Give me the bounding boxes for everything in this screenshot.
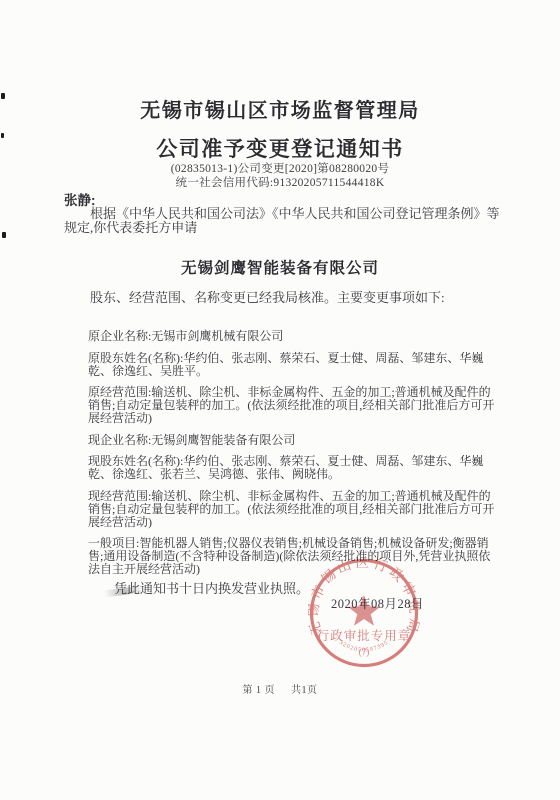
seal-graphic: 无锡市锡山区行政审批局 行政审批专用章 (7) 3202050597395	[308, 557, 420, 669]
issuing-authority: 无锡市锡山区市场监督管理局	[0, 100, 560, 122]
item-current-company-name: 现企业名称:无锡剑鹰智能装备有限公司	[88, 434, 502, 447]
item-original-company-name: 原企业名称:无锡市剑鹰机械有限公司	[88, 330, 502, 343]
page-number: 第 1 页	[243, 685, 276, 696]
change-items-list: 原企业名称:无锡市剑鹰机械有限公司 原股东姓名(名称):华约伯、张志刚、蔡荣石、…	[88, 330, 502, 585]
item-original-business-scope: 原经营范围:输送机、除尘机、非标金属构件、五金的加工;普通机械及配件的销售;自动…	[88, 386, 502, 425]
approval-note: 股东、经营范围、名称变更已经我局核准。主要变更事项如下:	[64, 291, 504, 305]
item-current-business-scope: 现经营范围:输送机、除尘机、非标金属构件、五金的加工;普通机械及配件的销售;自动…	[88, 490, 502, 529]
item-original-shareholders: 原股东姓名(名称):华约伯、张志刚、蔡荣石、夏士健、周磊、邹建东、华巍乾、徐逸红…	[88, 352, 502, 378]
official-seal: 无锡市锡山区行政审批局 行政审批专用章 (7) 3202050597395	[308, 557, 420, 669]
scan-artifact-speck	[2, 232, 6, 238]
item-general-projects: 一般项目:智能机器人销售;仪器仪表销售;机械设备销售;机械设备研发;衡器销售;通…	[88, 537, 502, 576]
document-header: 无锡市锡山区市场监督管理局 公司准予变更登记通知书 (02835013-1)公司…	[0, 100, 560, 190]
document-title: 公司准予变更登记通知书	[0, 138, 560, 162]
intro-paragraph: 根据《中华人民共和国公司法》《中华人民共和国公司登记管理条例》等规定,你代表委托…	[64, 207, 500, 235]
item-current-shareholders: 现股东姓名(名称):华约伯、张志刚、蔡荣石、夏士健、周磊、邹建东、华巍乾、徐逸红…	[88, 455, 502, 481]
company-name: 无锡剑鹰智能装备有限公司	[0, 256, 560, 278]
total-pages: 共1页	[291, 685, 318, 696]
issue-date: 2020年08月28日	[331, 594, 424, 612]
page-footer: 第 1 页共1页	[0, 681, 560, 696]
document-page: 无锡市锡山区市场监督管理局 公司准予变更登记通知书 (02835013-1)公司…	[0, 0, 560, 800]
seal-label: 行政审批专用章	[317, 628, 412, 643]
document-number: (02835013-1)公司变更[2020]第08280020号	[0, 163, 560, 176]
scan-artifact-speck	[1, 93, 5, 99]
